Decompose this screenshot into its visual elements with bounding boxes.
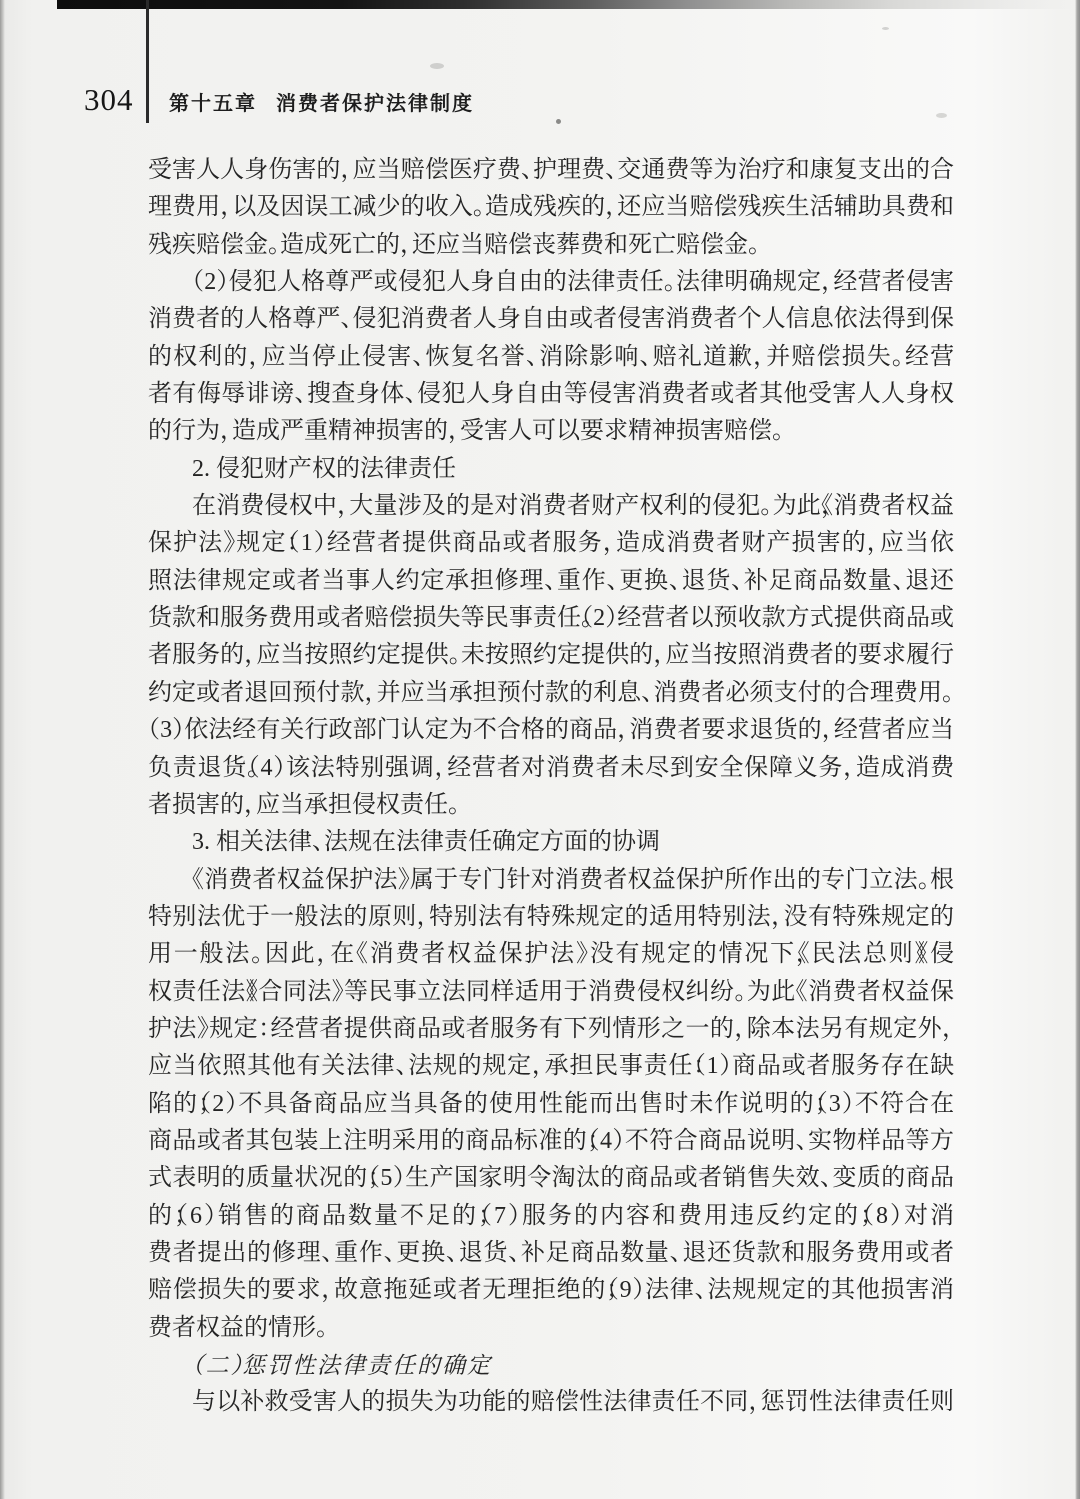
text-line: 赔偿损失的要求，故意拖延或者无理拒绝的；（9）法律、法规规定的其他损害消 bbox=[148, 1272, 954, 1309]
chapter-label: 第十五章 bbox=[169, 93, 257, 115]
text-line: 照法律规定或者当事人约定承担修理、重作、更换、退货、补足商品数量、退还 bbox=[148, 563, 954, 600]
text-line: 式表明的质量状况的；（5）生产国家明令淘汰的商品或者销售失效、变质的商品 bbox=[148, 1160, 954, 1197]
text-line: 受害人人身伤害的，应当赔偿医疗费、护理费、交通费等为治疗和康复支出的合 bbox=[148, 152, 954, 189]
text-line: 权责任法》《合同法》等民事立法同样适用于消费侵权纠纷。为此《消费者权益保 bbox=[148, 974, 954, 1011]
text-line: 与以补救受害人的损失为功能的赔偿性法律责任不同，惩罚性法律责任则重 bbox=[148, 1384, 954, 1421]
book-page: 304 第十五章消费者保护法律制度 受害人人身伤害的，应当赔偿医疗费、护理费、交… bbox=[0, 0, 1080, 1499]
scan-speckle bbox=[430, 63, 444, 69]
text-line: 的权利的，应当停止侵害、恢复名誉、消除影响、赔礼道歉，并赔偿损失。经营 bbox=[148, 339, 954, 376]
text-line: 保护法》规定：（1）经营者提供商品或者服务，造成消费者财产损害的，应当依 bbox=[148, 525, 954, 562]
text-line: 陷的；（2）不具备商品应当具备的使用性能而出售时未作说明的；（3）不符合在 bbox=[148, 1086, 954, 1123]
text-line: 消费者的人格尊严、侵犯消费者人身自由或者侵害消费者个人信息依法得到保护 bbox=[148, 301, 954, 338]
header-divider-rule bbox=[146, 0, 149, 123]
text-line: 商品或者其包装上注明采用的商品标准的；（4）不符合商品说明、实物样品等方 bbox=[148, 1123, 954, 1160]
text-line: 的行为，造成严重精神损害的，受害人可以要求精神损害赔偿。 bbox=[148, 413, 954, 450]
scan-speckle bbox=[936, 113, 947, 118]
text-line: 用一般法。因此，在《消费者权益保护法》没有规定的情况下，《民法总则》《侵 bbox=[148, 936, 954, 973]
text-line: 的；（6）销售的商品数量不足的；（7）服务的内容和费用违反约定的；（8）对消 bbox=[148, 1198, 954, 1235]
text-line: 3. 相关法律、法规在法律责任确定方面的协调 bbox=[148, 824, 954, 861]
body-text: 受害人人身伤害的，应当赔偿医疗费、护理费、交通费等为治疗和康复支出的合理费用，以… bbox=[148, 152, 954, 1422]
text-line: 费者权益的情形。 bbox=[148, 1310, 954, 1347]
scan-edge-left bbox=[0, 0, 5, 1499]
text-line: 理费用，以及因误工减少的收入。造成残疾的，还应当赔偿残疾生活辅助具费和 bbox=[148, 189, 954, 226]
text-line: 货款和服务费用或者赔偿损失等民事责任。（2）经营者以预收款方式提供商品或 bbox=[148, 600, 954, 637]
text-line: 护法》规定：经营者提供商品或者服务有下列情形之一的，除本法另有规定外， bbox=[148, 1011, 954, 1048]
scan-speckle bbox=[556, 119, 561, 124]
chapter-title: 消费者保护法律制度 bbox=[276, 93, 474, 115]
text-line: 负责退货。（4）该法特别强调，经营者对消费者未尽到安全保障义务，造成消费 bbox=[148, 750, 954, 787]
text-line: 费者提出的修理、重作、更换、退货、补足商品数量、退还货款和服务费用或者 bbox=[148, 1235, 954, 1272]
text-line: 者有侮辱诽谤、搜查身体、侵犯人身自由等侵害消费者或者其他受害人人身权益 bbox=[148, 376, 954, 413]
text-line: 《消费者权益保护法》属于专门针对消费者权益保护所作出的专门立法。根据 bbox=[148, 862, 954, 899]
scan-speckle bbox=[882, 27, 889, 30]
text-line: 应当依照其他有关法律、法规的规定，承担民事责任：（1）商品或者服务存在缺 bbox=[148, 1048, 954, 1085]
text-line: 残疾赔偿金。造成死亡的，还应当赔偿丧葬费和死亡赔偿金。 bbox=[148, 227, 954, 264]
text-line: （3）依法经有关行政部门认定为不合格的商品，消费者要求退货的，经营者应当 bbox=[148, 712, 954, 749]
running-header: 第十五章消费者保护法律制度 bbox=[169, 87, 474, 116]
page-number: 304 bbox=[84, 82, 134, 118]
text-line: （2）侵犯人格尊严或侵犯人身自由的法律责任。法律明确规定，经营者侵害 bbox=[148, 264, 954, 301]
scan-edge-right bbox=[1075, 0, 1080, 1499]
text-line: 2. 侵犯财产权的法律责任 bbox=[148, 451, 954, 488]
text-line: （二）惩罚性法律责任的确定 bbox=[148, 1347, 954, 1384]
text-line: 者损害的，应当承担侵权责任。 bbox=[148, 787, 954, 824]
scan-artifact-top-bar bbox=[57, 0, 1072, 9]
text-line: 在消费侵权中，大量涉及的是对消费者财产权利的侵犯。为此，《消费者权益 bbox=[148, 488, 954, 525]
text-line: 约定或者退回预付款，并应当承担预付款的利息、消费者必须支付的合理费用。 bbox=[148, 675, 954, 712]
text-line: 特别法优于一般法的原则，特别法有特殊规定的适用特别法，没有特殊规定的适 bbox=[148, 899, 954, 936]
text-line: 者服务的，应当按照约定提供。未按照约定提供的，应当按照消费者的要求履行 bbox=[148, 637, 954, 674]
